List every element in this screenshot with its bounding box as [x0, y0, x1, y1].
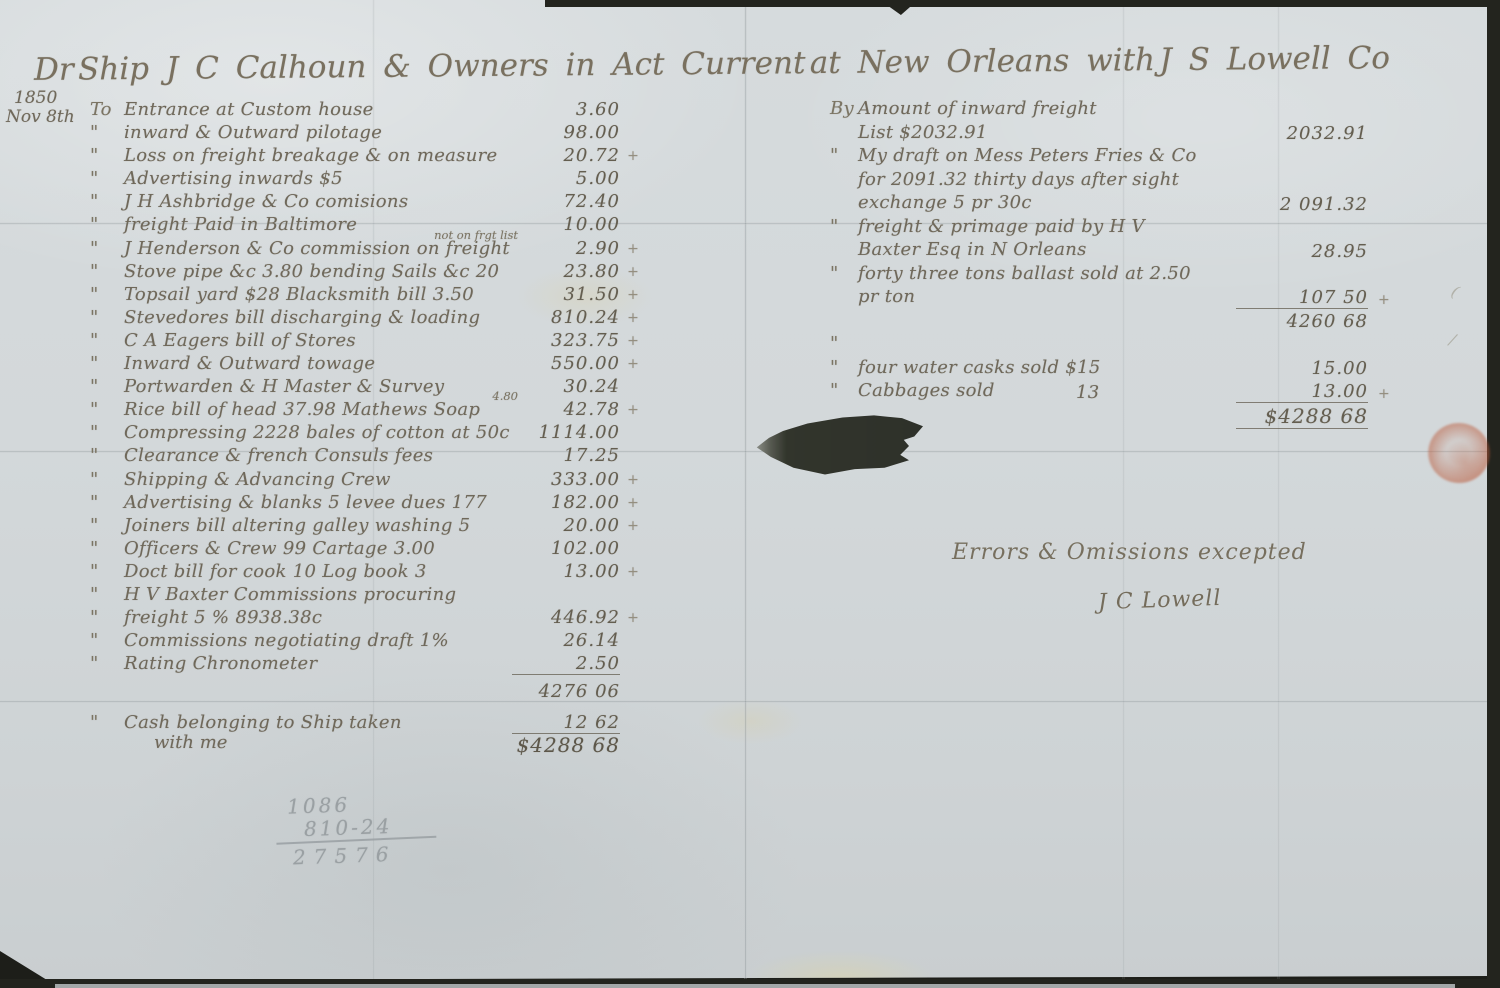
row-ditto: "	[66, 238, 124, 259]
row-amount: 2.90	[512, 238, 620, 259]
row-ditto: "	[66, 607, 124, 628]
row-amount: 12 62	[512, 712, 620, 734]
row-description: freight 5 % 8938.38c	[124, 607, 512, 628]
entry-amount: 13.00	[1236, 381, 1368, 403]
check-mark: +	[620, 261, 646, 280]
row-description: Portwarden & H Master & Survey	[124, 376, 512, 397]
ledger-row: "Commissions negotiating draft 1%26.14	[66, 630, 646, 653]
check-mark: +	[620, 469, 646, 488]
check-mark: +	[620, 307, 646, 326]
entry-line	[858, 333, 1368, 357]
row-description: Commissions negotiating draft 1%	[124, 630, 512, 651]
row-description: Rice bill of head 37.98 Mathews Soap	[124, 399, 512, 420]
row-ditto: "	[66, 515, 124, 536]
debit-rows: ToEntrance at Custom house3.60"inward & …	[66, 99, 646, 757]
errors-omissions-line: Errors & Omissions excepted	[952, 540, 1307, 565]
row-amount: 10.00	[512, 214, 620, 235]
row-amount: 810.24	[512, 307, 620, 328]
check-mark: +	[620, 561, 646, 580]
entry-amount: 107 50	[1236, 287, 1368, 309]
ledger-row: "Joiners bill altering galley washing 52…	[66, 515, 646, 538]
row-amount: 20.00	[512, 515, 620, 536]
check-mark	[620, 538, 646, 541]
check-mark	[620, 681, 646, 684]
row-amount: 4276 06	[512, 681, 620, 702]
row-ditto: "	[66, 122, 124, 143]
row-ditto: "	[66, 168, 124, 189]
ledger-entry: "	[828, 333, 1368, 357]
entry-amount: $4288 68	[1236, 404, 1368, 429]
entry-amount: 15.00	[1236, 358, 1368, 379]
row-ditto: "	[66, 214, 124, 235]
entry-amount: 2032.91	[1236, 123, 1368, 144]
row-description: Entrance at Custom house	[124, 99, 512, 120]
row-amount: 3.60	[512, 99, 620, 120]
row-ditto: "	[66, 561, 124, 582]
row-amount: 98.00	[512, 122, 620, 143]
row-description: Joiners bill altering galley washing 5	[124, 515, 512, 536]
ledger-entry: ByAmount of inward freightList $2032.912…	[828, 98, 1368, 145]
date-year: 1850	[14, 88, 57, 108]
scanned-ledger-document: Dr Ship J C Calhoun & Owners in Act Curr…	[0, 0, 1500, 988]
row-description: Rating Chronometer	[124, 653, 512, 674]
signature: J C Lowell	[1098, 586, 1222, 615]
entry-ditto: "	[830, 145, 839, 166]
check-mark: +	[620, 284, 646, 303]
entry-ditto: "	[830, 357, 839, 378]
ledger-entry: "four water casks sold $1515.00	[828, 357, 1368, 381]
ledger-row: "Loss on freight breakage & on measure20…	[66, 145, 646, 168]
header-title: Ship J C Calhoun & Owners in Act Current	[78, 45, 806, 87]
row-description: Clearance & french Consuls fees	[124, 445, 512, 466]
check-mark	[620, 376, 646, 379]
ledger-row: "Advertising & blanks 5 levee dues 17718…	[66, 492, 646, 515]
row-description: Advertising & blanks 5 levee dues 177	[124, 492, 512, 513]
ledger-entry: "forty three tons ballast sold at 2.50pr…	[828, 263, 1368, 310]
row-ditto: "	[66, 330, 124, 351]
ledger-row: "Clearance & french Consuls fees17.25	[66, 445, 646, 468]
row-note: not on frgt list	[434, 228, 518, 242]
entry-line: Amount of inward freight	[858, 98, 1368, 122]
ledger-row: "Advertising inwards $55.00	[66, 168, 646, 191]
check-mark	[620, 584, 646, 587]
date-day: Nov 8th	[6, 107, 75, 127]
row-amount: 17.25	[512, 445, 620, 466]
row-ditto: "	[66, 353, 124, 374]
ledger-row: "Inward & Outward towage550.00+	[66, 353, 646, 376]
row-amount: 446.92	[512, 607, 620, 628]
row-ditto: "	[66, 538, 124, 559]
row-ditto: "	[66, 191, 124, 212]
ledger-entry: "Cabbages sold1313.00+	[828, 380, 1368, 404]
ledger-row: $4288 68	[66, 733, 646, 756]
row-description: Loss on freight breakage & on measure	[124, 145, 512, 166]
entry-ditto: "	[830, 216, 839, 237]
ledger-row: "freight 5 % 8938.38c446.92+	[66, 607, 646, 630]
ledger-row: "Shipping & Advancing Crew333.00+	[66, 469, 646, 492]
ledger-row: "H V Baxter Commissions procuring	[66, 584, 646, 607]
check-mark: +	[620, 492, 646, 511]
check-mark: +	[1378, 386, 1390, 402]
header-dr-label: Dr	[34, 52, 74, 88]
row-amount: 30.24	[512, 376, 620, 397]
check-mark	[620, 191, 646, 194]
row-ditto: "	[66, 653, 124, 674]
check-mark: +	[620, 145, 646, 164]
check-mark: +	[620, 515, 646, 534]
row-ditto: "	[66, 445, 124, 466]
row-note: 4.80	[492, 389, 518, 403]
row-ditto: "	[66, 469, 124, 490]
row-amount: 102.00	[512, 538, 620, 559]
header-firm: J S Lowell Co	[1159, 40, 1390, 78]
row-amount: 20.72	[512, 145, 620, 166]
row-description: H V Baxter Commissions procuring	[124, 584, 512, 605]
check-mark	[620, 122, 646, 125]
header-location: at New Orleans with	[810, 42, 1156, 81]
row-amount: 42.78	[512, 399, 620, 420]
entry-line: freight & primage paid by H V	[858, 216, 1368, 240]
ledger-row: 4276 06	[66, 681, 646, 704]
row-ditto: "	[66, 584, 124, 605]
ledger-row: "Officers & Crew 99 Cartage 3.00102.00	[66, 538, 646, 561]
row-ditto: To	[66, 99, 124, 120]
ledger-row: "Doct bill for cook 10 Log book 313.00+	[66, 561, 646, 584]
check-mark	[620, 214, 646, 217]
row-description: Stove pipe &c 3.80 bending Sails &c 20	[124, 261, 512, 282]
row-ditto: "	[66, 630, 124, 651]
ledger-row: "freight Paid in Baltimore10.00	[66, 214, 646, 237]
row-amount: 1114.00	[512, 422, 620, 443]
ledger-row: "Compressing 2228 bales of cotton at 50c…	[66, 422, 646, 445]
check-mark	[620, 630, 646, 633]
row-description: C A Eagers bill of Stores	[124, 330, 512, 351]
ledger-row: "Rating Chronometer2.50	[66, 653, 646, 676]
scan-edge-right	[1487, 0, 1500, 988]
row-description: inward & Outward pilotage	[124, 122, 512, 143]
entry-amount: 28.95	[1236, 241, 1368, 262]
scan-edge-underlay	[55, 984, 1455, 988]
row-amount: 31.50	[512, 284, 620, 305]
ledger-row: "Topsail yard $28 Blacksmith bill 3.5031…	[66, 284, 646, 307]
row-description: Shipping & Advancing Crew	[124, 469, 512, 490]
row-description: Stevedores bill discharging & loading	[124, 307, 512, 328]
check-mark: +	[620, 353, 646, 372]
entry-ditto: "	[830, 263, 839, 284]
row-ditto: "	[66, 376, 124, 397]
entry-ditto: By	[830, 98, 854, 119]
check-mark: +	[620, 330, 646, 349]
row-amount: 550.00	[512, 353, 620, 374]
entry-ditto: "	[830, 380, 839, 401]
check-mark	[620, 99, 646, 102]
check-mark	[620, 733, 646, 736]
ledger-row: "J Henderson & Co commission on freightn…	[66, 238, 646, 261]
entry-amount: 2 091.32	[1236, 194, 1368, 215]
row-amount: 323.75	[512, 330, 620, 351]
row-ditto: "	[66, 307, 124, 328]
entry-line: My draft on Mess Peters Fries & Co	[858, 145, 1368, 169]
ledger-row: "J H Ashbridge & Co comisions72.40	[66, 191, 646, 214]
row-description: Topsail yard $28 Blacksmith bill 3.50	[124, 284, 512, 305]
row-amount: 182.00	[512, 492, 620, 513]
ledger-row: "Stove pipe &c 3.80 bending Sails &c 202…	[66, 261, 646, 284]
check-mark	[620, 712, 646, 715]
row-ditto: "	[66, 712, 124, 733]
row-amount: 2.50	[512, 653, 620, 675]
row-description: Inward & Outward towage	[124, 353, 512, 374]
check-mark: +	[620, 238, 646, 257]
check-mark	[620, 653, 646, 656]
row-description: J H Ashbridge & Co comisions	[124, 191, 512, 212]
row-amount: 26.14	[512, 630, 620, 651]
ledger-entry: "My draft on Mess Peters Fries & Cofor 2…	[828, 145, 1368, 216]
pencil-notes: 1086 810-24 27576	[287, 789, 437, 868]
check-mark	[620, 422, 646, 425]
row-ditto: "	[66, 261, 124, 282]
row-description: Advertising inwards $5	[124, 168, 512, 189]
entry-line: for 2091.32 thirty days after sight	[858, 169, 1368, 193]
entry-amount: 4260 68	[1236, 311, 1368, 332]
row-ditto: "	[66, 284, 124, 305]
ledger-row: ToEntrance at Custom house3.60	[66, 99, 646, 122]
row-ditto: "	[66, 422, 124, 443]
ledger-entry: $4288 68	[828, 404, 1368, 430]
row-amount: 72.40	[512, 191, 620, 212]
row-amount: 13.00	[512, 561, 620, 582]
row-ditto: "	[66, 399, 124, 420]
credit-rows: ByAmount of inward freightList $2032.912…	[828, 98, 1368, 430]
ledger-row: "C A Eagers bill of Stores323.75+	[66, 330, 646, 353]
row-amount: 5.00	[512, 168, 620, 189]
row-amount: 23.80	[512, 261, 620, 282]
entry-mid-value: 13	[1076, 382, 1100, 403]
scan-edge-top	[545, 0, 1490, 7]
check-mark: +	[1378, 292, 1390, 308]
check-mark	[620, 168, 646, 171]
row-ditto: "	[66, 492, 124, 513]
ledger-row: "Rice bill of head 37.98 Mathews Soap4.8…	[66, 399, 646, 422]
entry-ditto: "	[830, 333, 839, 354]
ledger-entry: "freight & primage paid by H VBaxter Esq…	[828, 216, 1368, 263]
ledger-row: "Portwarden & H Master & Survey30.24	[66, 376, 646, 399]
row-description: Officers & Crew 99 Cartage 3.00	[124, 538, 512, 559]
ledger-row: "inward & Outward pilotage98.00	[66, 122, 646, 145]
row-description: Doct bill for cook 10 Log book 3	[124, 561, 512, 582]
entry-line: forty three tons ballast sold at 2.50	[858, 263, 1368, 287]
row-ditto: "	[66, 145, 124, 166]
ledger-row: "Stevedores bill discharging & loading81…	[66, 307, 646, 330]
check-mark: +	[620, 399, 646, 418]
row-amount: 333.00	[512, 469, 620, 490]
row-amount: $4288 68	[512, 733, 620, 757]
check-mark: +	[620, 607, 646, 626]
row-description: Cash belonging to Ship taken	[124, 712, 512, 733]
row-description: Compressing 2228 bales of cotton at 50c	[124, 422, 512, 443]
check-mark	[620, 445, 646, 448]
ledger-entry: 4260 68	[828, 310, 1368, 334]
